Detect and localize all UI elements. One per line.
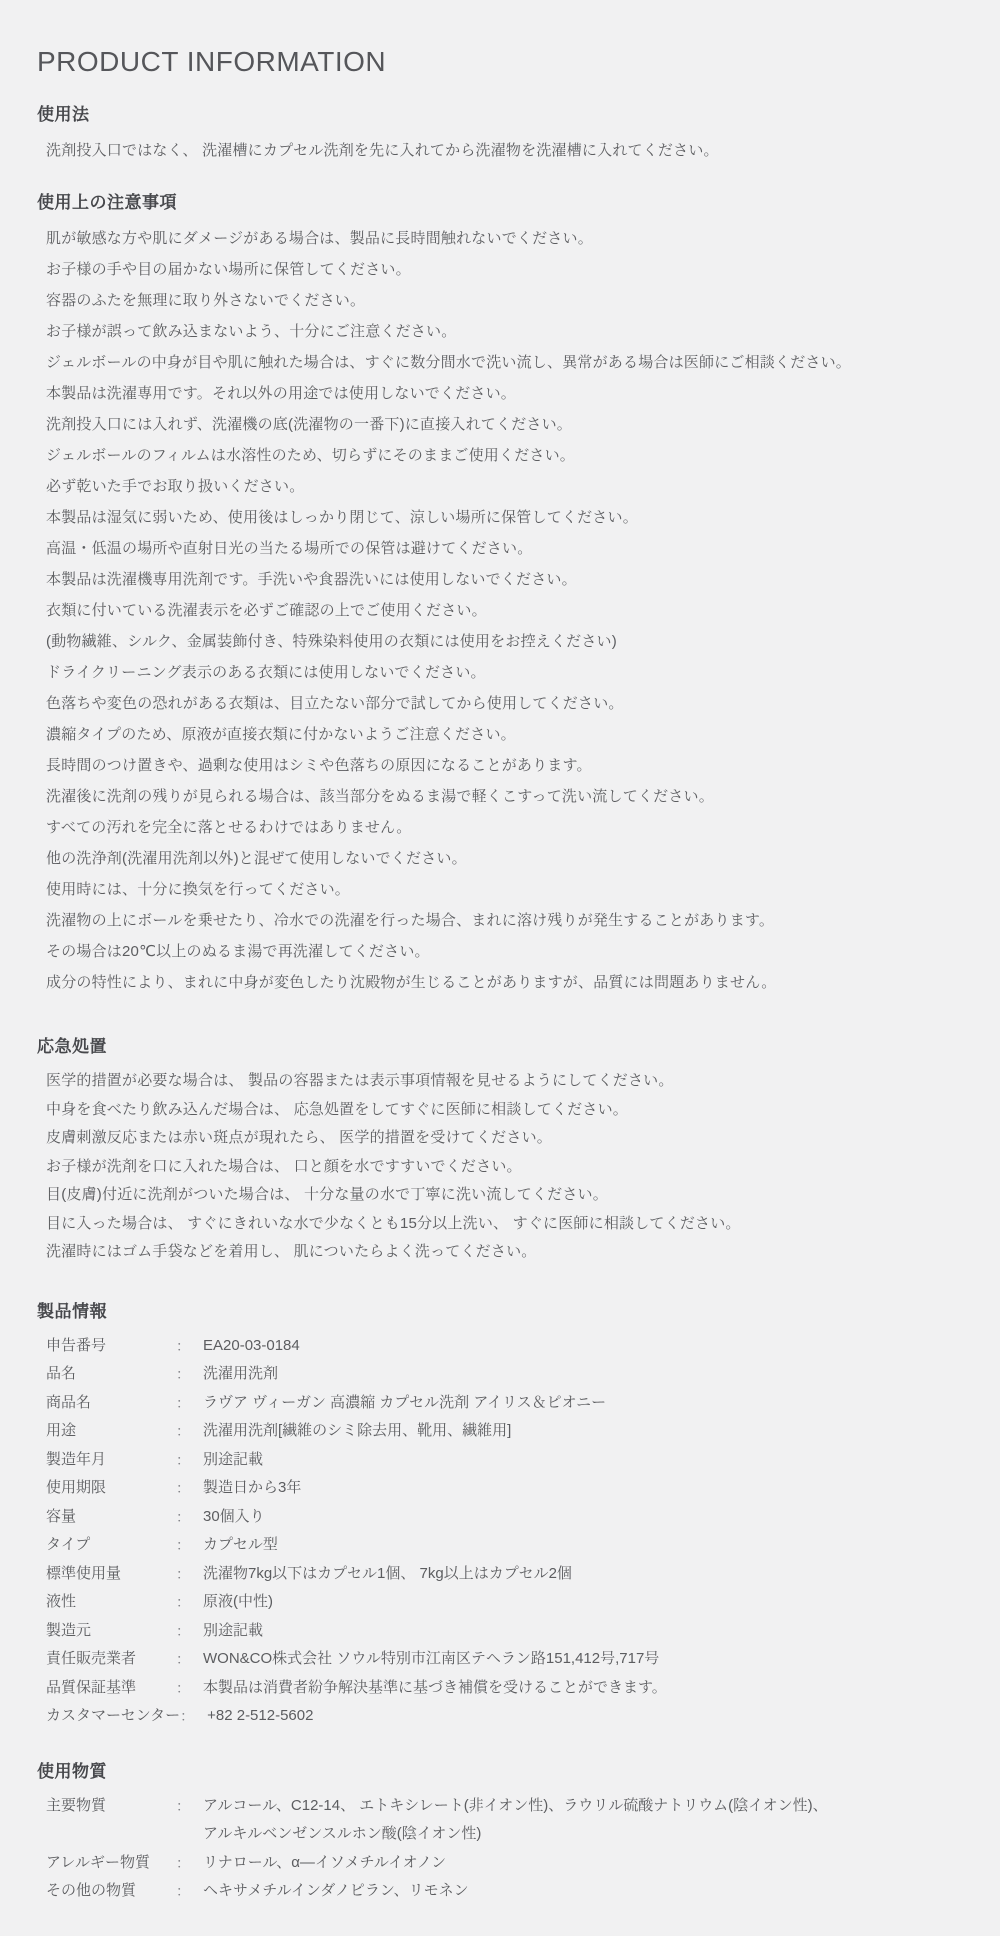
substance-value: アルコール、C12-14、 エトキシレート(非イオン性)、ラウリル硫酸ナトリウム… (190, 1792, 960, 1849)
substance-value: リナロール、α―イソメチルイオノン (190, 1849, 960, 1878)
substances-rows: 主要物質 ： アルコール、C12-14、 エトキシレート(非イオン性)、ラウリル… (37, 1792, 960, 1906)
colon-separator: ： (176, 1389, 190, 1418)
colon-separator: ： (176, 1332, 190, 1361)
info-value: 洗濯用洗剤 (190, 1360, 960, 1389)
info-row: 申告番号 ： EA20-03-0184 (46, 1332, 960, 1361)
info-label: 使用期限 (46, 1474, 176, 1503)
info-label: 製造元 (46, 1617, 176, 1646)
substance-row: その他の物質 ： ヘキサメチルインダノピラン、リモネン (46, 1877, 960, 1906)
usage-line: 洗剤投入口ではなく、 洗濯槽にカプセル洗剤を先に入れてから洗濯物を洗濯槽に入れて… (46, 135, 960, 166)
info-label: 申告番号 (46, 1332, 176, 1361)
substance-value-line: アルキルベンゼンスルホン酸(陰イオン性) (203, 1820, 960, 1849)
info-label: 製造年月 (46, 1446, 176, 1475)
colon-separator: ： (176, 1446, 190, 1475)
info-label: 容量 (46, 1503, 176, 1532)
colon-separator: ： (176, 1645, 190, 1674)
precaution-line: 衣類に付いている洗濯表示を必ずご確認の上でご使用ください。 (46, 595, 960, 626)
precaution-line: すべての汚れを完全に落とせるわけではありません。 (46, 812, 960, 843)
info-value: +82 2-512-5602 (194, 1702, 960, 1731)
precautions-heading: 使用上の注意事項 (37, 188, 960, 213)
colon-separator: ： (176, 1531, 190, 1560)
info-label: 用途 (46, 1417, 176, 1446)
colon-separator: ： (180, 1702, 194, 1731)
info-row: 液性 ： 原液(中性) (46, 1588, 960, 1617)
info-label: カスタマーセンター (46, 1702, 180, 1731)
info-value: 別途記載 (190, 1617, 960, 1646)
colon-separator: ： (176, 1674, 190, 1703)
substance-value-line: ヘキサメチルインダノピラン、リモネン (203, 1877, 960, 1906)
precaution-line: 本製品は洗濯専用です。それ以外の用途では使用しないでください。 (46, 378, 960, 409)
info-row: 責任販売業者 ： WON&CO株式会社 ソウル特別市江南区テヘラン路151,41… (46, 1645, 960, 1674)
colon-separator: ： (176, 1877, 190, 1906)
info-value: 別途記載 (190, 1446, 960, 1475)
page-title: PRODUCT INFORMATION (37, 46, 960, 78)
first-aid-line: 医学的措置が必要な場合は、 製品の容器または表示事項情報を見せるようにしてくださ… (46, 1067, 960, 1096)
precaution-line: お子様が誤って飲み込まないよう、十分にご注意ください。 (46, 316, 960, 347)
info-label: 品質保証基準 (46, 1674, 176, 1703)
info-value: 30個入り (190, 1503, 960, 1532)
product-information-page: PRODUCT INFORMATION 使用法 洗剤投入口ではなく、 洗濯槽にカ… (0, 0, 1000, 1936)
substance-label: 主要物質 (46, 1792, 176, 1821)
info-label: タイプ (46, 1531, 176, 1560)
info-value: 原液(中性) (190, 1588, 960, 1617)
precaution-line: 濃縮タイプのため、原液が直接衣類に付かないようご注意ください。 (46, 719, 960, 750)
precaution-line: ジェルボールの中身が目や肌に触れた場合は、すぐに数分間水で洗い流し、異常がある場… (46, 347, 960, 378)
first-aid-line: お子様が洗剤を口に入れた場合は、 口と顔を水ですすいでください。 (46, 1153, 960, 1182)
first-aid-line: 中身を食べたり飲み込んだ場合は、 応急処置をしてすぐに医師に相談してください。 (46, 1096, 960, 1125)
precautions-lines: 肌が敏感な方や肌にダメージがある場合は、製品に長時間触れないでください。 お子様… (37, 223, 960, 998)
info-value: 製造日から3年 (190, 1474, 960, 1503)
first-aid-line: 目に入った場合は、 すぐにきれいな水で少なくとも15分以上洗い、 すぐに医師に相… (46, 1210, 960, 1239)
colon-separator: ： (176, 1360, 190, 1389)
precaution-line: その場合は20℃以上のぬるま湯で再洗濯してください。 (46, 936, 960, 967)
info-value: 洗濯用洗剤[繊維のシミ除去用、靴用、繊維用] (190, 1417, 960, 1446)
precaution-line: 必ず乾いた手でお取り扱いください。 (46, 471, 960, 502)
precaution-line: お子様の手や目の届かない場所に保管してください。 (46, 254, 960, 285)
precaution-line: 洗濯物の上にボールを乗せたり、冷水での洗濯を行った場合、まれに溶け残りが発生する… (46, 905, 960, 936)
precaution-line: 洗濯後に洗剤の残りが見られる場合は、該当部分をぬるま湯で軽くこすって洗い流してく… (46, 781, 960, 812)
precaution-line: 成分の特性により、まれに中身が変色したり沈殿物が生じることがありますが、品質には… (46, 967, 960, 998)
info-row: 品質保証基準 ： 本製品は消費者紛争解決基準に基づき補償を受けることができます。 (46, 1674, 960, 1703)
precaution-line: 長時間のつけ置きや、過剰な使用はシミや色落ちの原因になることがあります。 (46, 750, 960, 781)
substance-label: その他の物質 (46, 1877, 176, 1906)
precaution-line: 色落ちや変色の恐れがある衣類は、目立たない部分で試してから使用してください。 (46, 688, 960, 719)
colon-separator: ： (176, 1849, 190, 1878)
substance-value-line: アルコール、C12-14、 エトキシレート(非イオン性)、ラウリル硫酸ナトリウム… (203, 1792, 960, 1821)
info-value: 本製品は消費者紛争解決基準に基づき補償を受けることができます。 (190, 1674, 960, 1703)
info-row: 商品名 ： ラヴア ヴィーガン 高濃縮 カプセル洗剤 アイリス＆ピオニー (46, 1389, 960, 1418)
section-product-info: 製品情報 申告番号 ： EA20-03-0184 品名 ： 洗濯用洗剤 商品名 … (37, 1297, 960, 1731)
info-label: 品名 (46, 1360, 176, 1389)
info-row: 製造元 ： 別途記載 (46, 1617, 960, 1646)
info-row: 品名 ： 洗濯用洗剤 (46, 1360, 960, 1389)
usage-lines: 洗剤投入口ではなく、 洗濯槽にカプセル洗剤を先に入れてから洗濯物を洗濯槽に入れて… (37, 135, 960, 166)
first-aid-heading: 応急処置 (37, 1032, 960, 1057)
product-info-rows: 申告番号 ： EA20-03-0184 品名 ： 洗濯用洗剤 商品名 ： ラヴア… (37, 1332, 960, 1731)
precaution-line: 使用時には、十分に換気を行ってください。 (46, 874, 960, 905)
usage-heading: 使用法 (37, 100, 960, 125)
substance-row: アレルギー物質 ： リナロール、α―イソメチルイオノン (46, 1849, 960, 1878)
first-aid-line: 目(皮膚)付近に洗剤がついた場合は、 十分な量の水で丁寧に洗い流してください。 (46, 1181, 960, 1210)
info-label: 標準使用量 (46, 1560, 176, 1589)
info-row: 標準使用量 ： 洗濯物7kg以下はカプセル1個、 7kg以上はカプセル2個 (46, 1560, 960, 1589)
info-row: 容量 ： 30個入り (46, 1503, 960, 1532)
substance-value: ヘキサメチルインダノピラン、リモネン (190, 1877, 960, 1906)
info-row: 製造年月 ： 別途記載 (46, 1446, 960, 1475)
info-label: 責任販売業者 (46, 1645, 176, 1674)
info-value: EA20-03-0184 (190, 1332, 960, 1361)
first-aid-lines: 医学的措置が必要な場合は、 製品の容器または表示事項情報を見せるようにしてくださ… (37, 1067, 960, 1267)
first-aid-line: 洗濯時にはゴム手袋などを着用し、 肌についたらよく洗ってください。 (46, 1238, 960, 1267)
precaution-line: 洗剤投入口には入れず、洗濯機の底(洗濯物の一番下)に直接入れてください。 (46, 409, 960, 440)
precaution-line: 肌が敏感な方や肌にダメージがある場合は、製品に長時間触れないでください。 (46, 223, 960, 254)
precaution-line: ジェルボールのフィルムは水溶性のため、切らずにそのままご使用ください。 (46, 440, 960, 471)
substance-label: アレルギー物質 (46, 1849, 176, 1878)
info-value: ラヴア ヴィーガン 高濃縮 カプセル洗剤 アイリス＆ピオニー (190, 1389, 960, 1418)
info-row: カスタマーセンター ： +82 2-512-5602 (46, 1702, 960, 1731)
colon-separator: ： (176, 1503, 190, 1532)
first-aid-line: 皮膚刺激反応または赤い斑点が現れたら、 医学的措置を受けてください。 (46, 1124, 960, 1153)
colon-separator: ： (176, 1588, 190, 1617)
precaution-line: (動物繊維、シルク、金属装飾付き、特殊染料使用の衣類には使用をお控えください) (46, 626, 960, 657)
precaution-line: 本製品は洗濯機専用洗剤です。手洗いや食器洗いには使用しないでください。 (46, 564, 960, 595)
info-row: 使用期限 ： 製造日から3年 (46, 1474, 960, 1503)
info-value: WON&CO株式会社 ソウル特別市江南区テヘラン路151,412号,717号 (190, 1645, 960, 1674)
colon-separator: ： (176, 1792, 190, 1821)
info-row: 用途 ： 洗濯用洗剤[繊維のシミ除去用、靴用、繊維用] (46, 1417, 960, 1446)
section-first-aid: 応急処置 医学的措置が必要な場合は、 製品の容器または表示事項情報を見せるように… (37, 1032, 960, 1267)
precaution-line: ドライクリーニング表示のある衣類には使用しないでください。 (46, 657, 960, 688)
substance-row: 主要物質 ： アルコール、C12-14、 エトキシレート(非イオン性)、ラウリル… (46, 1792, 960, 1849)
section-substances: 使用物質 主要物質 ： アルコール、C12-14、 エトキシレート(非イオン性)… (37, 1757, 960, 1906)
precaution-line: 本製品は湿気に弱いため、使用後はしっかり閉じて、涼しい場所に保管してください。 (46, 502, 960, 533)
colon-separator: ： (176, 1617, 190, 1646)
substances-heading: 使用物質 (37, 1757, 960, 1782)
precaution-line: 容器のふたを無理に取り外さないでください。 (46, 285, 960, 316)
precaution-line: 他の洗浄剤(洗濯用洗剤以外)と混ぜて使用しないでください。 (46, 843, 960, 874)
product-info-heading: 製品情報 (37, 1297, 960, 1322)
substance-value-line: リナロール、α―イソメチルイオノン (203, 1849, 960, 1878)
info-label: 商品名 (46, 1389, 176, 1418)
colon-separator: ： (176, 1560, 190, 1589)
colon-separator: ： (176, 1474, 190, 1503)
section-usage: 使用法 洗剤投入口ではなく、 洗濯槽にカプセル洗剤を先に入れてから洗濯物を洗濯槽… (37, 100, 960, 166)
precaution-line: 高温・低温の場所や直射日光の当たる場所での保管は避けてください。 (46, 533, 960, 564)
section-precautions: 使用上の注意事項 肌が敏感な方や肌にダメージがある場合は、製品に長時間触れないで… (37, 188, 960, 998)
info-value: カプセル型 (190, 1531, 960, 1560)
info-label: 液性 (46, 1588, 176, 1617)
info-value: 洗濯物7kg以下はカプセル1個、 7kg以上はカプセル2個 (190, 1560, 960, 1589)
info-row: タイプ ： カプセル型 (46, 1531, 960, 1560)
colon-separator: ： (176, 1417, 190, 1446)
